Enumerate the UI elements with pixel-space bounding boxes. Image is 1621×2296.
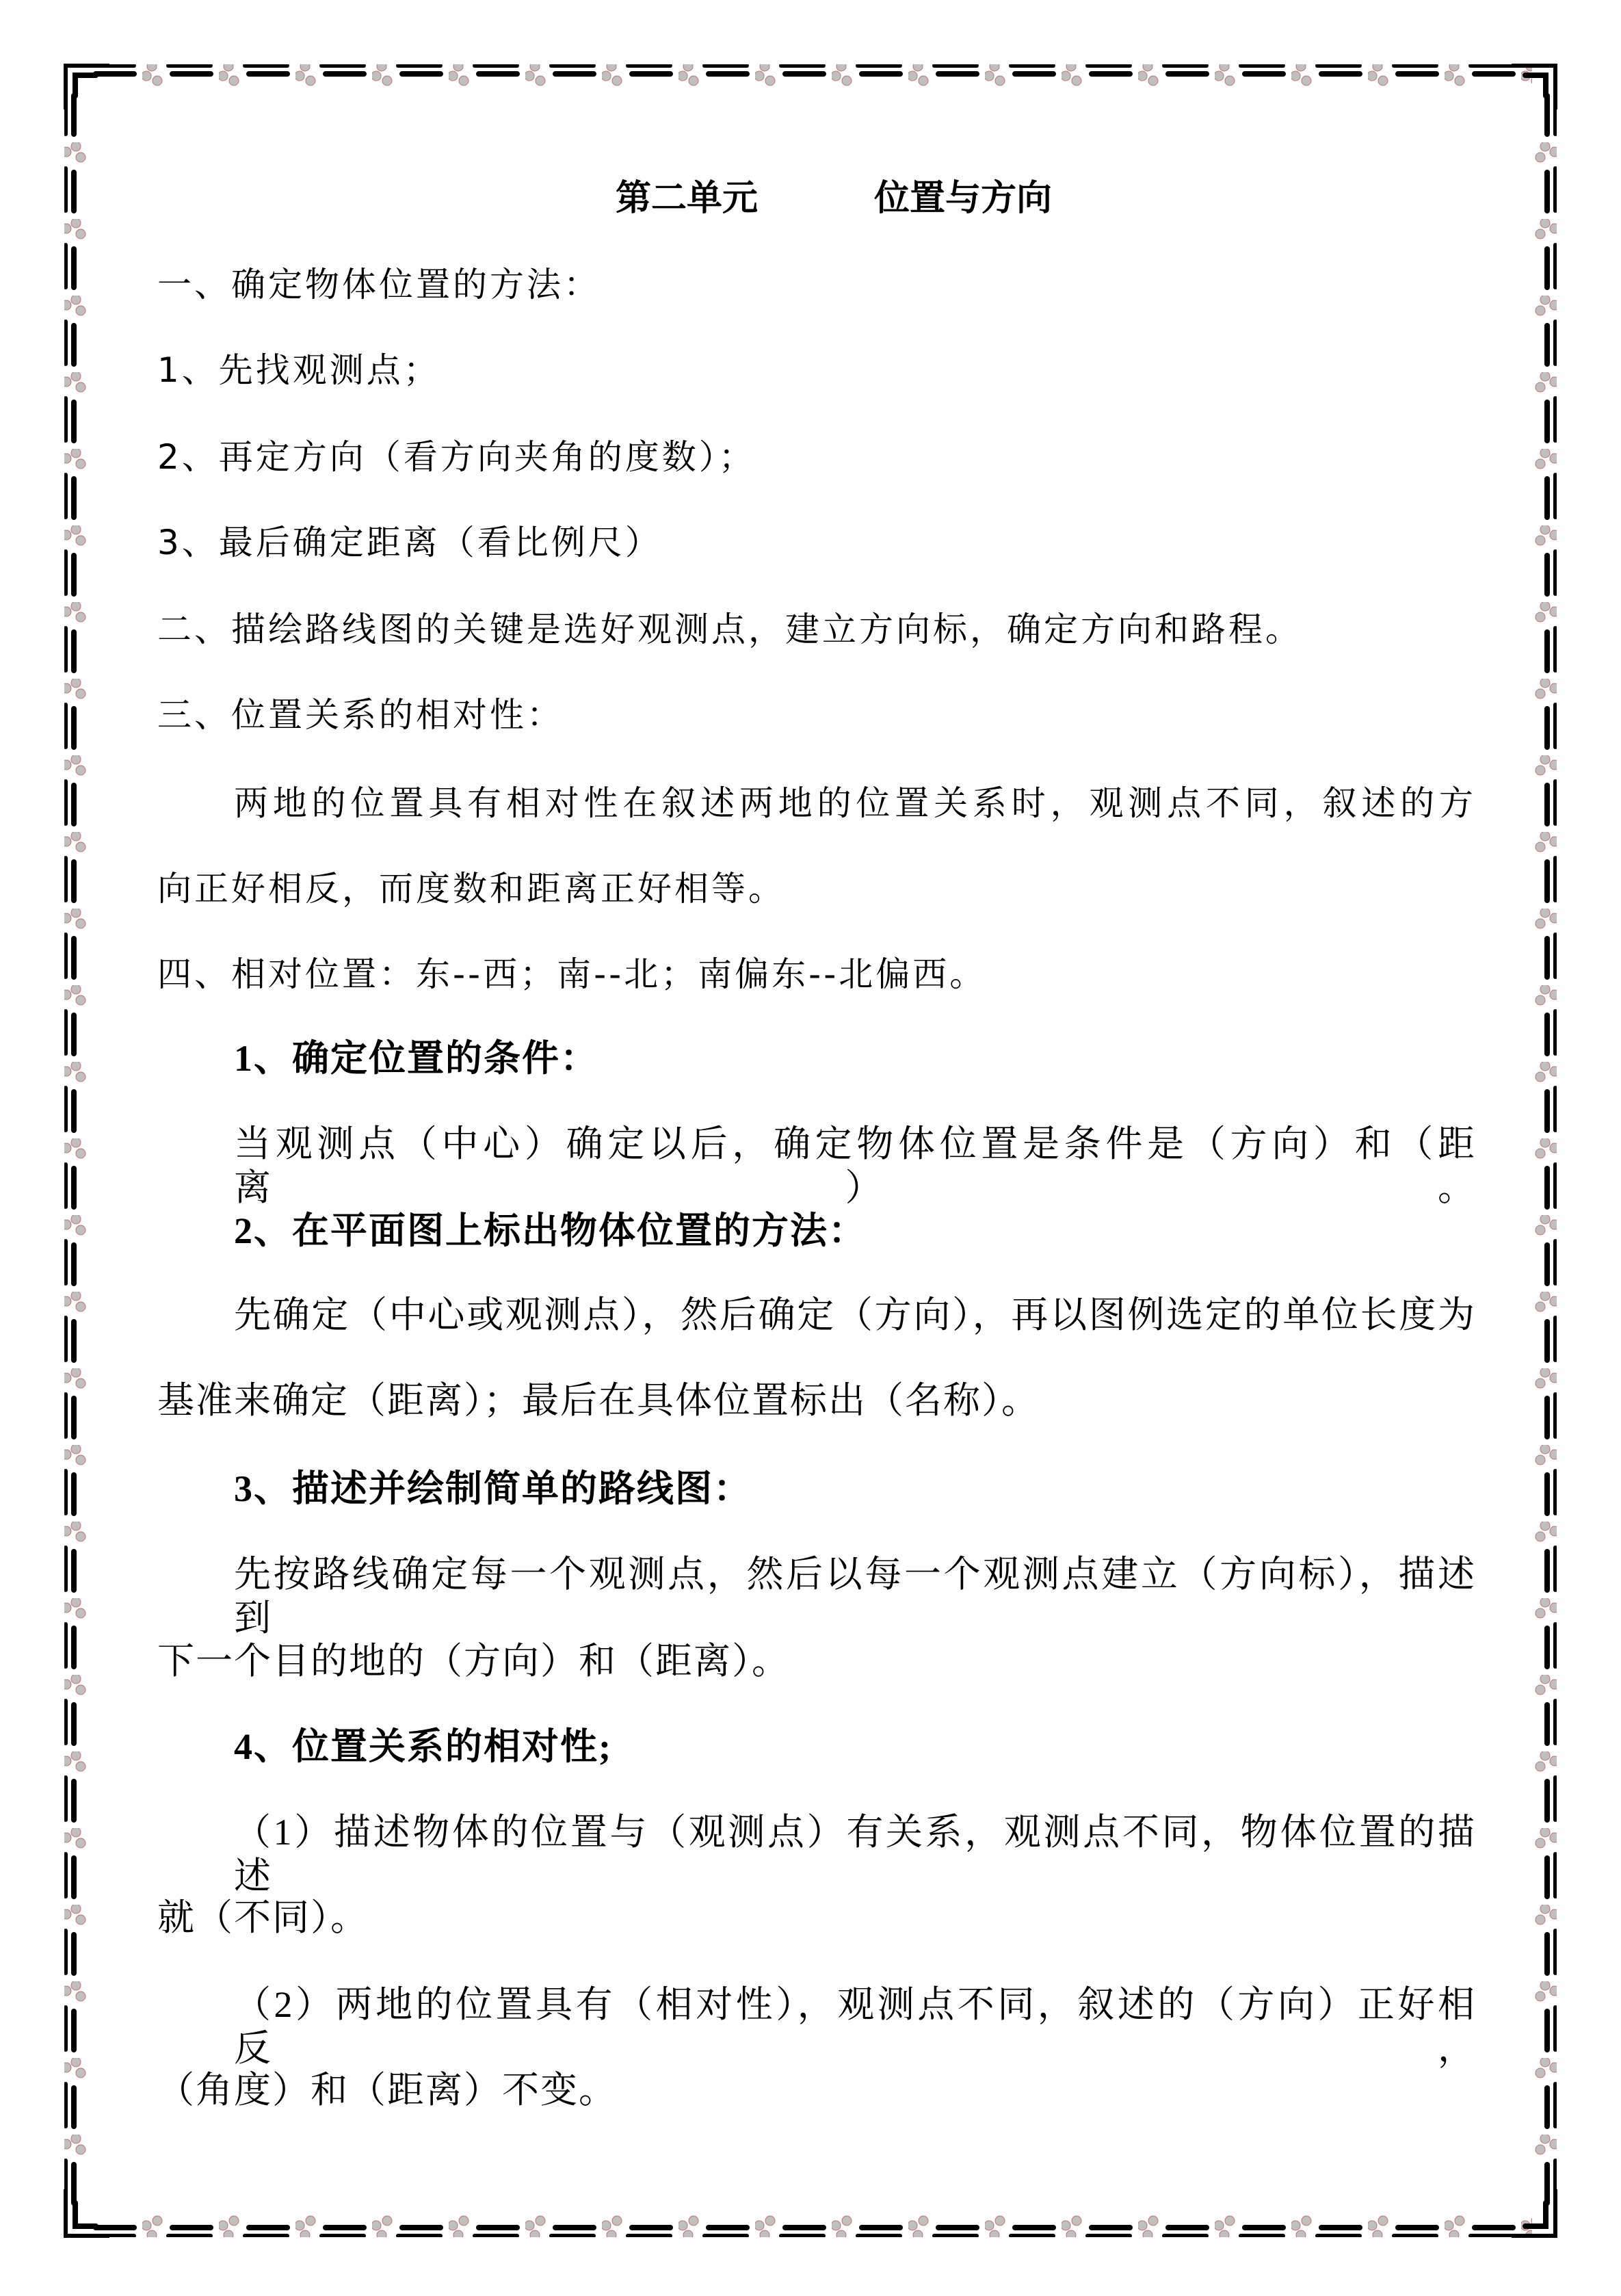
point-4-item-1-line-2: 就（不同）。 — [157, 1896, 369, 1940]
point-4-heading: 4、位置关系的相对性; — [234, 1725, 612, 1769]
page-title: 第二单元位置与方向 — [616, 177, 1052, 220]
section-three-paragraph-line-2: 向正好相反，而度数和距离正好相等。 — [157, 867, 785, 911]
section-one-heading: 一、确定物体位置的方法： — [157, 263, 601, 306]
point-4-item-2-line-1: （2）两地的位置具有（相对性），观测点不同，叙述的（方向）正好相反， — [234, 1983, 1476, 2070]
point-4-item-2-line-2: （角度）和（距离）不变。 — [157, 2068, 617, 2112]
point-2-heading: 2、在平面图上标出物体位置的方法： — [234, 1209, 867, 1253]
section-two-text: 二、描绘路线图的关键是选好观测点，建立方向标，确定方向和路程。 — [157, 608, 1302, 651]
section-three-heading: 三、位置关系的相对性： — [157, 693, 564, 737]
section-one-step-2: 2、再定方向（看方向夹角的度数）； — [157, 435, 756, 479]
section-one-step-1: 1、先找观测点； — [157, 348, 440, 392]
section-four-text: 四、相对位置：东--西；南--北；南偏东--北偏西。 — [157, 952, 986, 996]
title-unit: 第二单元 — [616, 178, 758, 219]
title-topic: 位置与方向 — [874, 178, 1052, 219]
point-1-text: 当观测点（中心）确定以后，确定物体位置是条件是（方向）和（距离）。 — [234, 1122, 1476, 1210]
point-2-line-2: 基准来确定（距离）；最后在具体位置标出（名称）。 — [157, 1379, 1040, 1422]
point-1-heading: 1、确定位置的条件： — [234, 1036, 598, 1080]
section-one-step-3: 3、最后确定距离（看比例尺） — [157, 521, 662, 564]
point-3-line-2: 下一个目的地的（方向）和（距离）。 — [157, 1639, 790, 1683]
point-4-item-1-line-1: （1）描述物体的位置与（观测点）有关系，观测点不同，物体位置的描述 — [234, 1810, 1476, 1898]
point-2-line-1: 先确定（中心或观测点），然后确定（方向），再以图例选定的单位长度为 — [234, 1293, 1476, 1337]
point-3-heading: 3、描述并绘制简单的路线图： — [234, 1467, 752, 1511]
section-three-paragraph-line-1: 两地的位置具有相对性在叙述两地的位置关系时，观测点不同，叙述的方 — [234, 781, 1476, 825]
point-3-line-1: 先按路线确定每一个观测点，然后以每一个观测点建立（方向标），描述到 — [234, 1552, 1476, 1640]
